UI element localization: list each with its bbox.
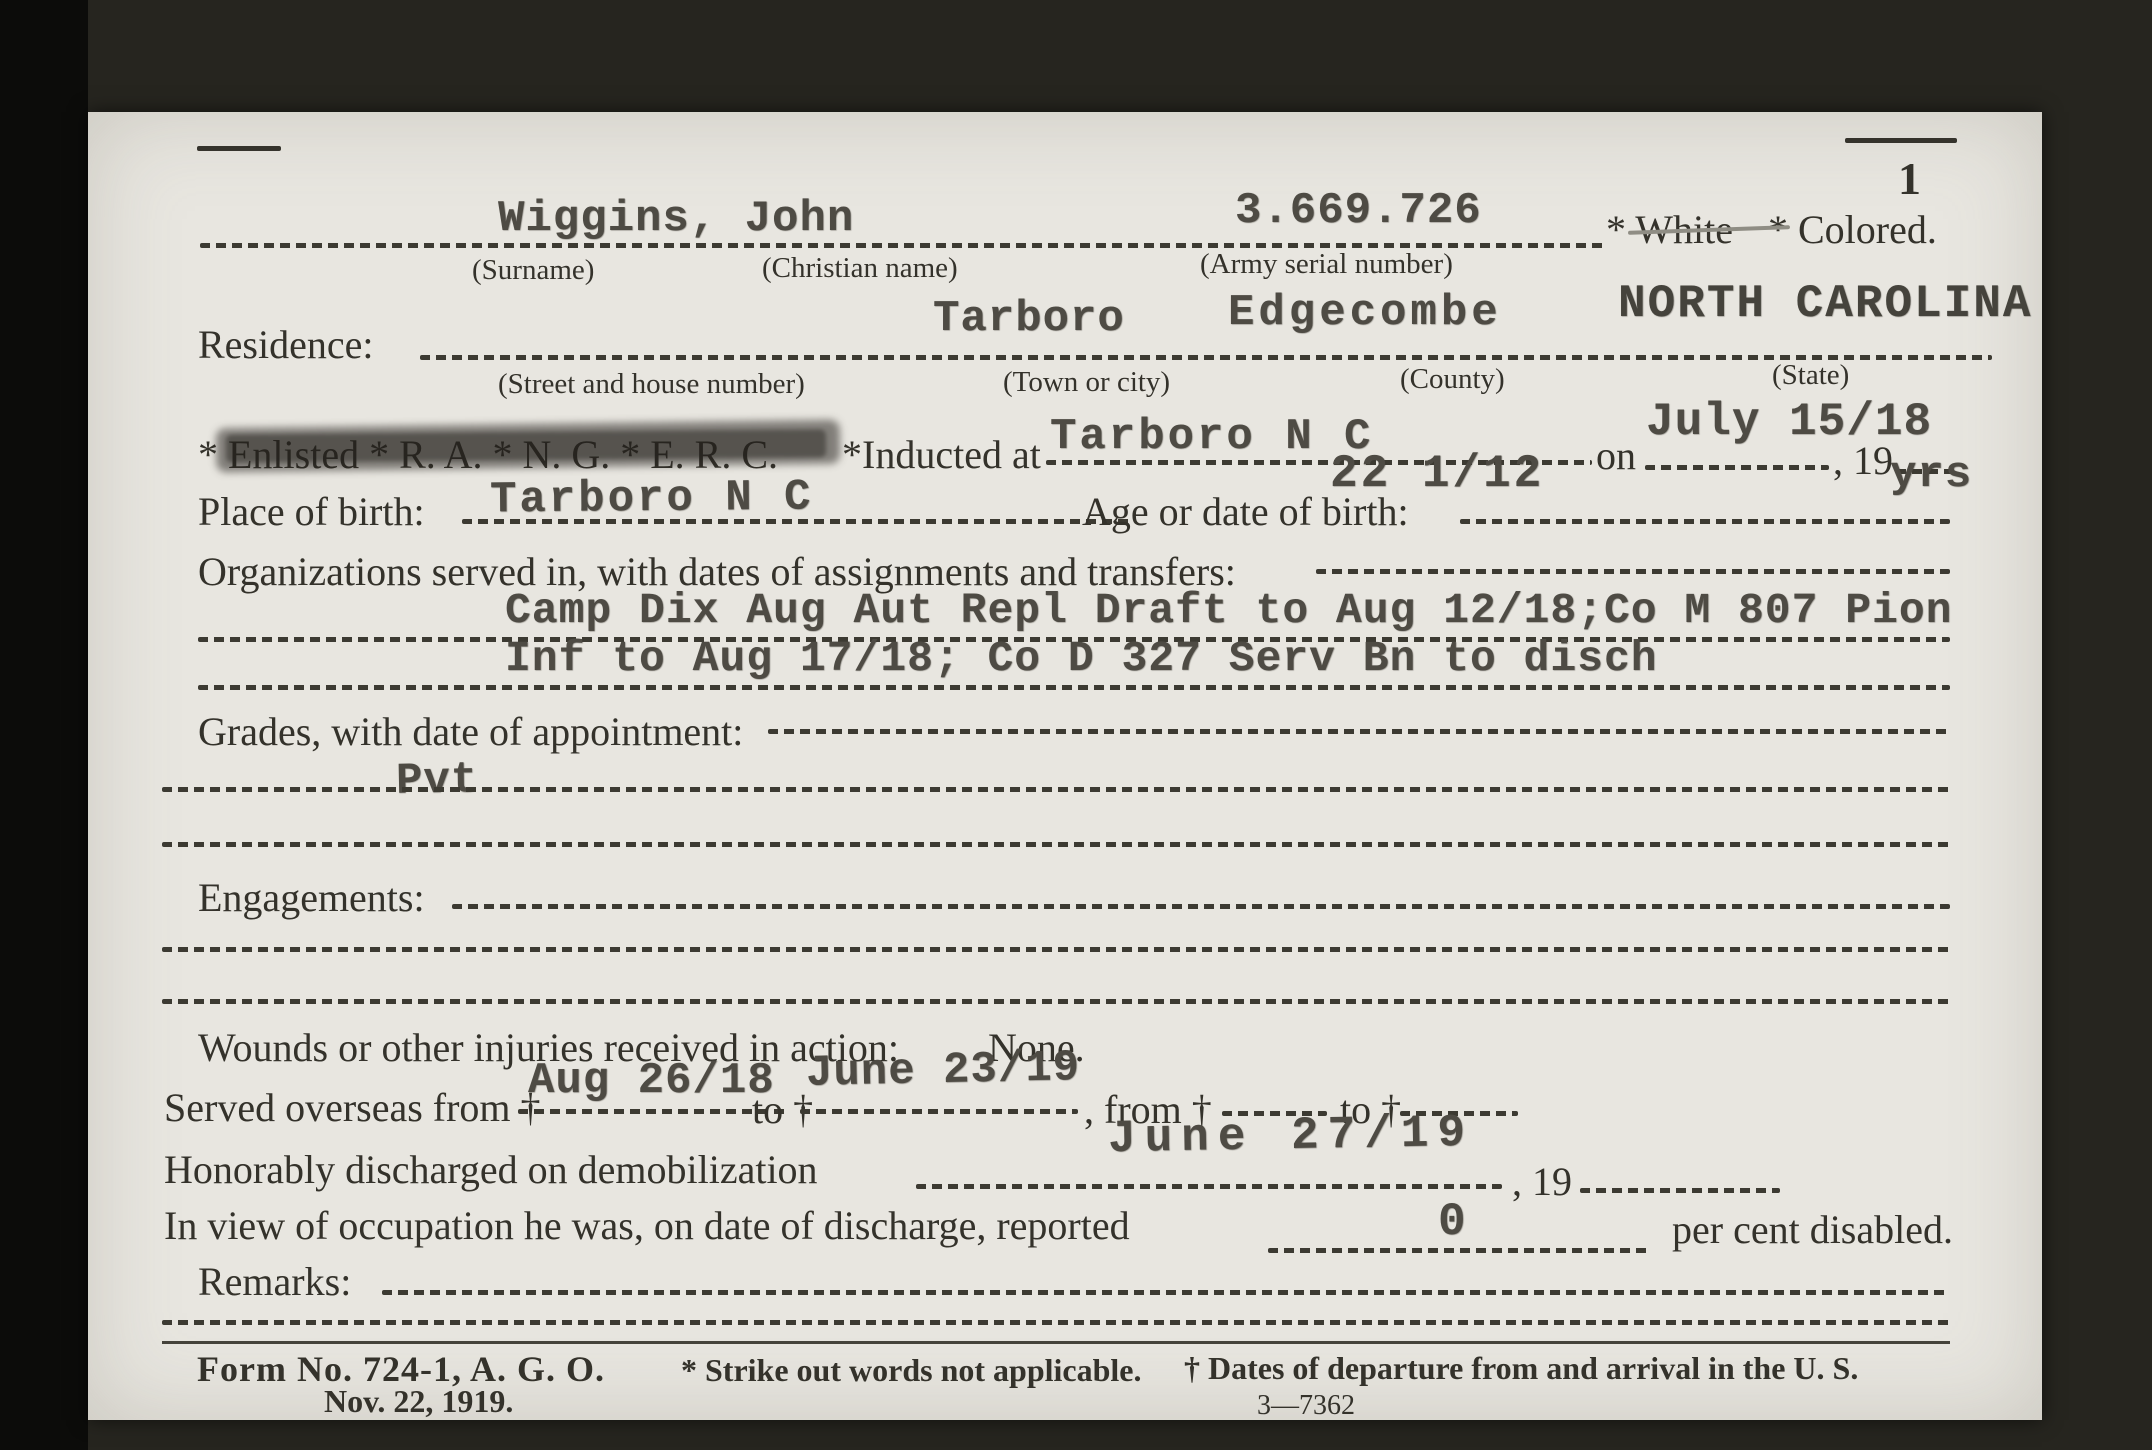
street-label: (Street and house number) — [498, 368, 805, 401]
place-of-birth-label: Place of birth: — [198, 488, 425, 535]
grades-label: Grades, with date of appointment: — [198, 708, 743, 755]
grades-rule — [768, 729, 1950, 734]
footer-divider-rule — [162, 1341, 1950, 1344]
page-number: 1 — [1898, 152, 1921, 205]
organizations-line2-value: Inf to Aug 17/18; Co D 327 Serv Bn to di… — [505, 634, 1658, 683]
remarks-blank-rule — [162, 1320, 1950, 1325]
discharge-date-value: June 27/19 — [1108, 1107, 1475, 1165]
state-label: (State) — [1772, 359, 1849, 392]
inducted-place-value: Tarboro N C — [1050, 412, 1373, 462]
remarks-label: Remarks: — [198, 1258, 351, 1305]
state-stamp: NORTH CAROLINA — [1618, 278, 2032, 330]
age-unit-value: yrs — [1890, 450, 1972, 500]
inducted-at-label: *Inducted at — [842, 431, 1041, 478]
form-date: Nov. 22, 1919. — [324, 1383, 513, 1420]
age-value: 22 1/12 — [1330, 448, 1544, 500]
age-rule — [1460, 519, 1950, 524]
organizations-line2-rule — [198, 685, 1950, 690]
discharge-label: Honorably discharged on demobilization — [164, 1146, 818, 1193]
place-of-birth-value: Tarboro N C — [490, 473, 814, 526]
discharge-rule — [916, 1184, 1502, 1189]
engagements-label: Engagements: — [198, 874, 425, 921]
overseas-to1-rule — [800, 1109, 1078, 1114]
service-record-scan: 1 Wiggins, John 3.669.726 * White * Colo… — [0, 0, 2152, 1450]
enlistment-blackout-smudge-inner — [226, 429, 826, 462]
county-label: (County) — [1400, 363, 1505, 396]
engagements-rule — [452, 904, 1950, 909]
serial-number-value: 3.669.726 — [1235, 186, 1482, 236]
surname-label: (Surname) — [472, 254, 594, 287]
place-of-birth-rule — [462, 519, 1132, 524]
serial-number-label: (Army serial number) — [1200, 248, 1453, 281]
disability-value: 0 — [1438, 1196, 1467, 1248]
surname-value: Wiggins, John — [498, 194, 854, 244]
disability-rule — [1268, 1248, 1648, 1253]
engagements-blank-rule-2 — [162, 999, 1950, 1004]
race-colored-label: * Colored. — [1768, 206, 1937, 253]
residence-town-value: Tarboro — [933, 294, 1125, 344]
overseas-to1-value: June 23/19 — [806, 1043, 1081, 1099]
discharge-year-rule — [1580, 1188, 1780, 1193]
strike-out-note: * Strike out words not applicable. — [681, 1352, 1141, 1389]
scan-left-black-strip — [0, 0, 88, 1450]
grades-blank-rule-2 — [162, 842, 1950, 847]
induction-year-label: , 19 — [1833, 437, 1893, 484]
print-code: 3—7362 — [1257, 1390, 1355, 1422]
overseas-from1-value: Aug 26/18 — [528, 1056, 775, 1106]
organizations-line1-value: Camp Dix Aug Aut Repl Draft to Aug 12/18… — [505, 586, 1952, 635]
overseas-from1-rule — [518, 1109, 786, 1114]
dagger-note: † Dates of departure from and arrival in… — [1184, 1350, 1858, 1387]
discharge-year-label: , 19 — [1512, 1158, 1572, 1205]
residence-county-value: Edgecombe — [1228, 288, 1502, 338]
town-label: (Town or city) — [1003, 366, 1170, 399]
inducted-on-label: on — [1596, 432, 1636, 479]
engagements-blank-rule-1 — [162, 947, 1950, 952]
page-number-overline — [1845, 138, 1957, 143]
residence-rule — [420, 355, 1992, 360]
remarks-rule — [382, 1290, 1950, 1295]
grade-value: Pvt — [396, 755, 479, 806]
organizations-rule — [1316, 569, 1950, 574]
top-left-pen-mark — [197, 146, 281, 151]
disability-label: In view of occupation he was, on date of… — [164, 1202, 1130, 1249]
disability-suffix-label: per cent disabled. — [1672, 1206, 1953, 1253]
served-overseas-label: Served overseas from † — [164, 1084, 541, 1131]
grades-blank-rule-1 — [162, 787, 1950, 792]
christian-name-label: (Christian name) — [762, 252, 958, 285]
residence-label: Residence: — [198, 321, 374, 368]
induction-date-rule — [1645, 465, 1829, 470]
